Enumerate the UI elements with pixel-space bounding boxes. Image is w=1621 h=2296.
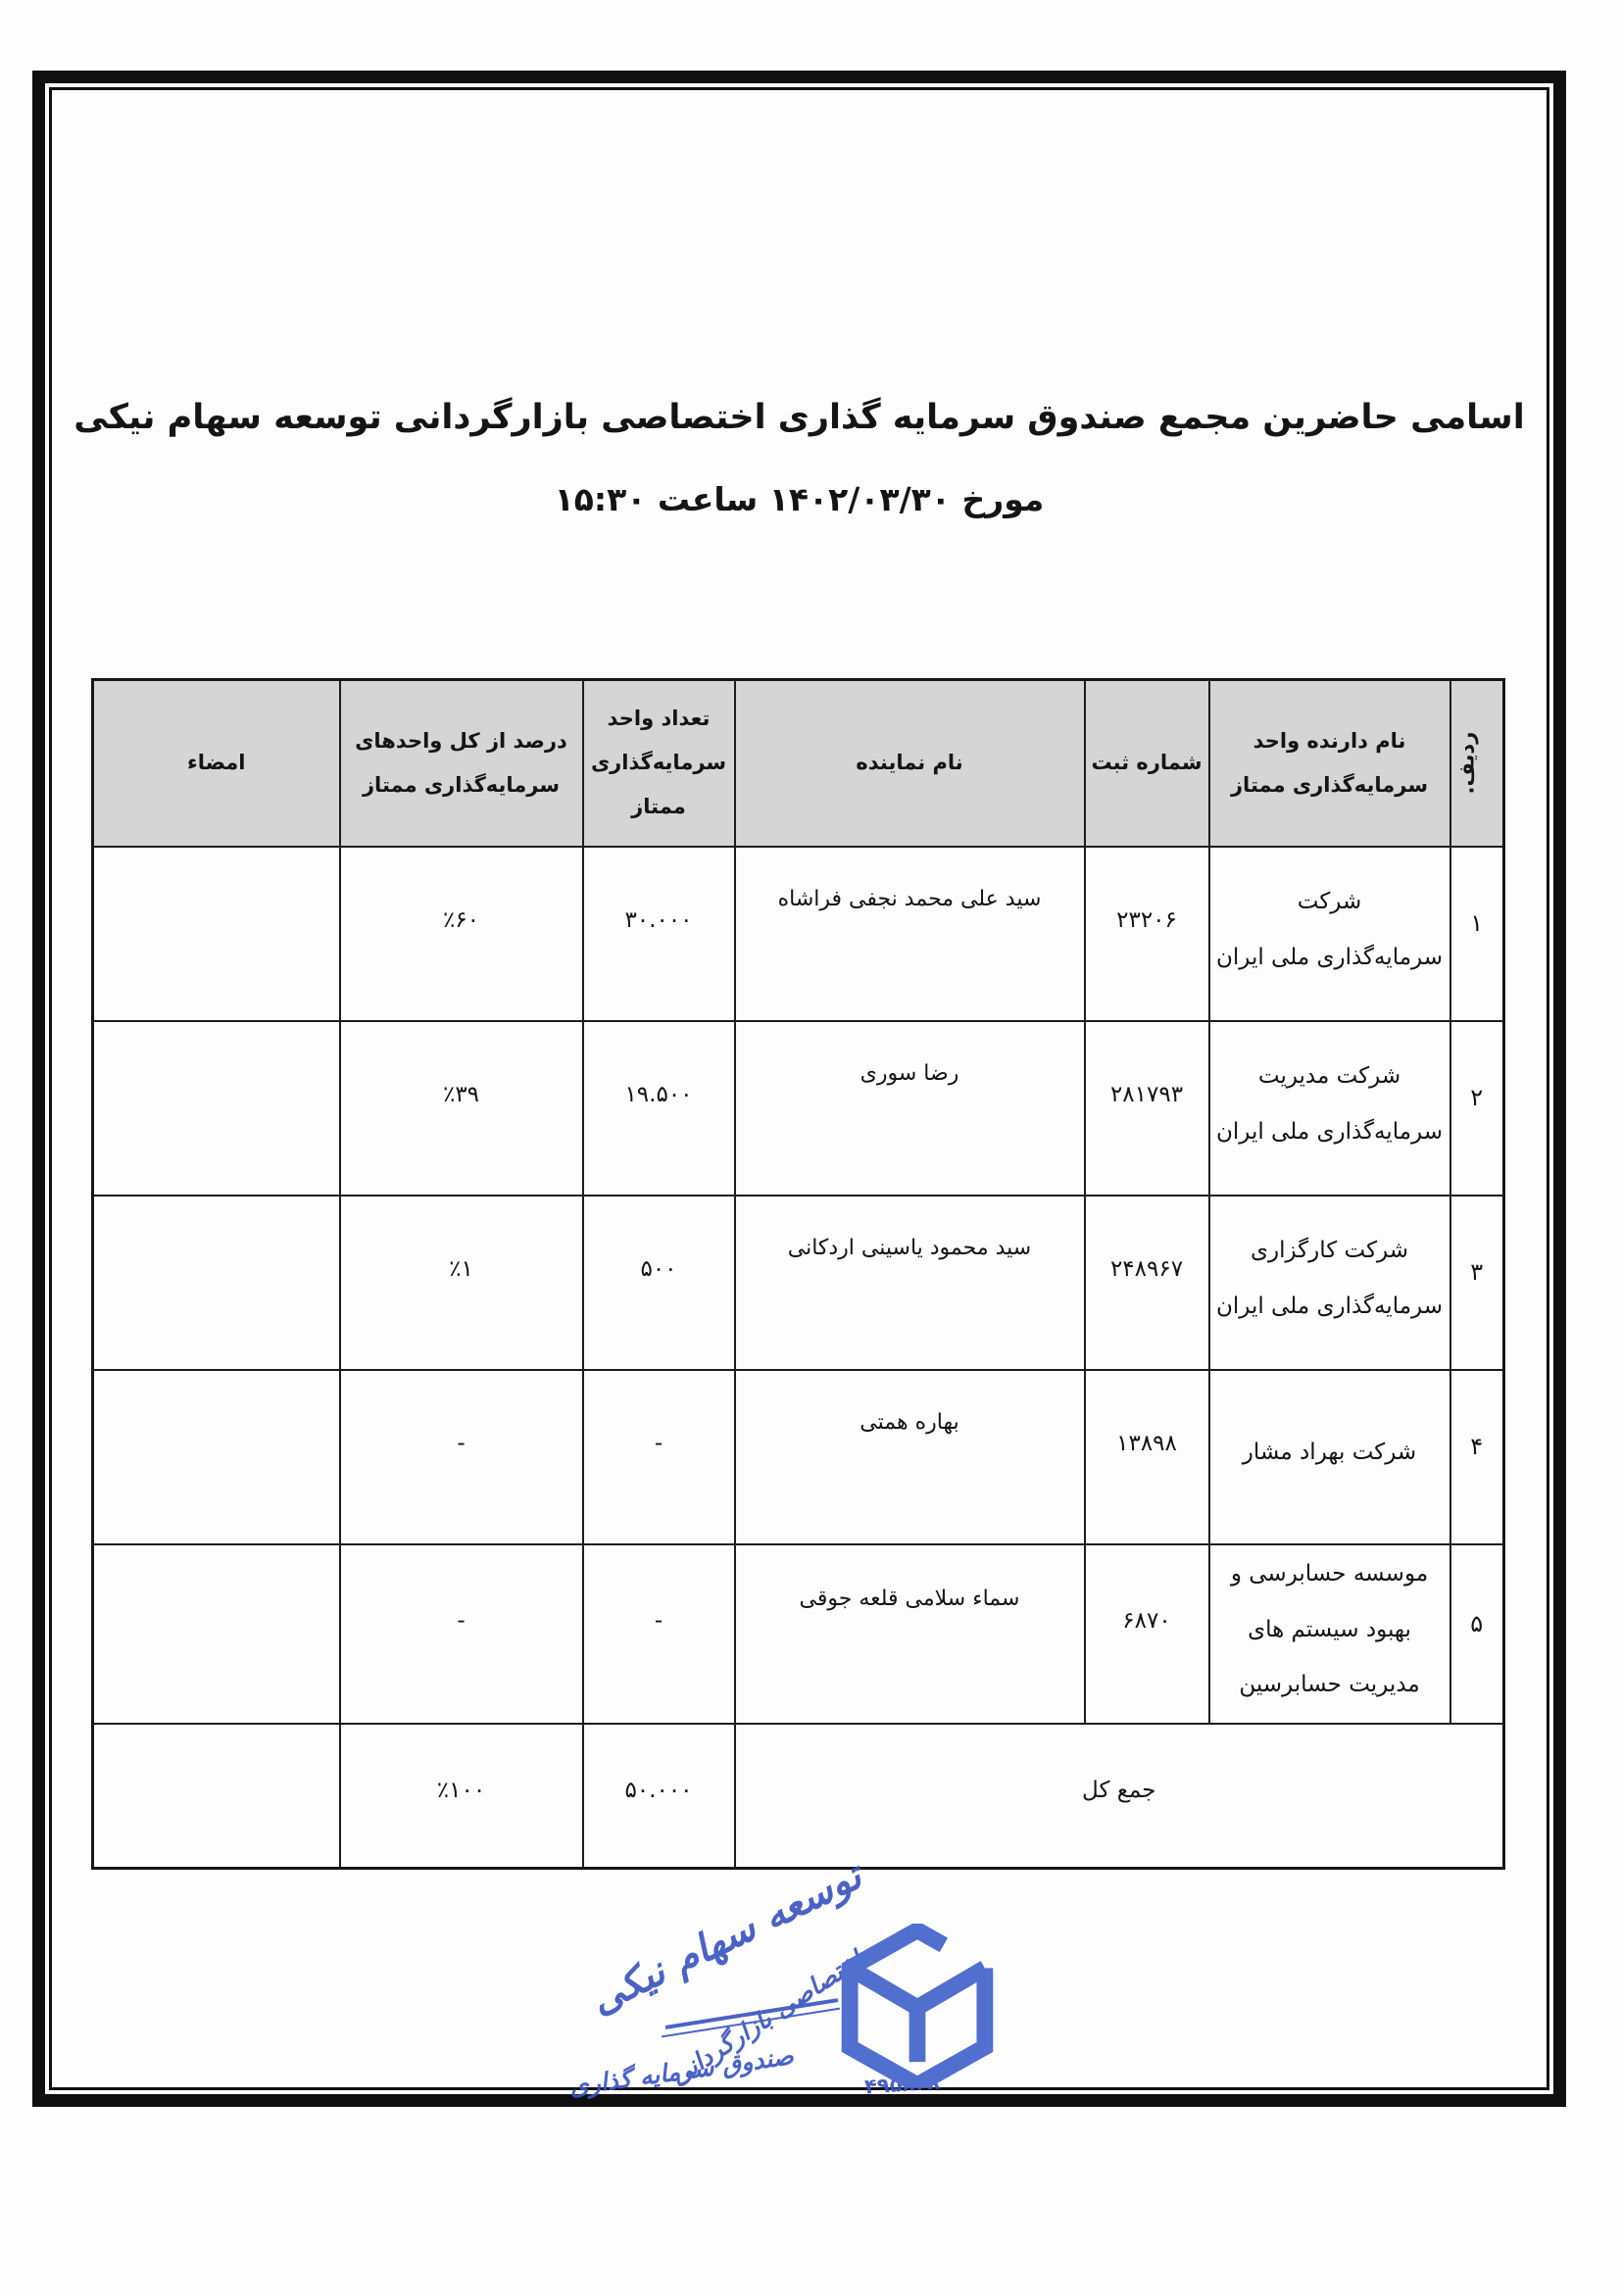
signature-cell: [93, 1196, 340, 1370]
row-number: ۱: [1450, 847, 1504, 1021]
table-row: ۵ موسسه حسابرسی و بهبود سیستم های مدیریت…: [93, 1544, 1504, 1724]
total-units: ۵۰.۰۰۰: [583, 1724, 735, 1869]
registration-number: ۲۴۸۹۶۷: [1085, 1196, 1209, 1370]
registration-number: ۶۸۷۰: [1085, 1544, 1209, 1724]
units-count: ۵۰۰: [583, 1196, 735, 1370]
attendees-table: ردیف. نام دارنده واحد سرمایه‌گذاری ممتاز…: [91, 678, 1505, 1870]
col-header-holder: نام دارنده واحد سرمایه‌گذاری ممتاز: [1209, 680, 1450, 847]
total-label: جمع کل: [735, 1724, 1504, 1869]
table-header-row: ردیف. نام دارنده واحد سرمایه‌گذاری ممتاز…: [93, 680, 1504, 847]
title-block: اسامی حاضرین مجمع صندوق سرمایه گذاری اخت…: [32, 398, 1566, 518]
table-total-row: جمع کل ۵۰.۰۰۰ ٪۱۰۰: [93, 1724, 1504, 1869]
registration-number: ۱۳۸۹۸: [1085, 1370, 1209, 1544]
col-header-signature: امضاء: [93, 680, 340, 847]
units-count: ۳۰.۰۰۰: [583, 847, 735, 1021]
registration-number: ۲۳۲۰۶: [1085, 847, 1209, 1021]
row-number: ۵: [1450, 1544, 1504, 1724]
percent-of-total: ٪۱: [340, 1196, 583, 1370]
col-header-row-number-label: ردیف.: [1450, 732, 1490, 795]
percent-of-total: -: [340, 1370, 583, 1544]
stamp-brand-text: توسعه سهام نیکی: [583, 1853, 868, 2023]
col-header-row-number: ردیف.: [1450, 680, 1504, 847]
scanned-document-page: اسامی حاضرین مجمع صندوق سرمایه گذاری اخت…: [0, 0, 1621, 2296]
percent-of-total: ٪۳۹: [340, 1021, 583, 1196]
stamp-fund-name-text: صندوق سرمایه گذاری: [567, 2041, 795, 2101]
signature-cell: [93, 1724, 340, 1869]
table-row: ۲ شرکت مدیریت سرمایه‌گذاری ملی ایران ۲۸۱…: [93, 1021, 1504, 1196]
col-header-representative: نام نماینده: [735, 680, 1085, 847]
percent-of-total: ٪۶۰: [340, 847, 583, 1021]
units-count: -: [583, 1544, 735, 1724]
representative-name: سید علی محمد نجفی فراشاه: [735, 847, 1085, 1021]
document-date-line: مورخ ۱۴۰۲/۰۳/۳۰ ساعت ۱۵:۳۰: [32, 480, 1566, 518]
row-number: ۲: [1450, 1021, 1504, 1196]
table-row: ۱ شرکت سرمایه‌گذاری ملی ایران ۲۳۲۰۶ سید …: [93, 847, 1504, 1021]
registration-number: ۲۸۱۷۹۳: [1085, 1021, 1209, 1196]
col-header-percent: درصد از کل واحدهای سرمایه‌گذاری ممتاز: [340, 680, 583, 847]
units-count: ۱۹.۵۰۰: [583, 1021, 735, 1196]
holder-name: شرکت مدیریت سرمایه‌گذاری ملی ایران: [1209, 1021, 1450, 1196]
percent-of-total: -: [340, 1544, 583, 1724]
representative-name: بهاره همتی: [735, 1370, 1085, 1544]
col-header-units: تعداد واحد سرمایه‌گذاری ممتاز: [583, 680, 735, 847]
signature-cell: [93, 847, 340, 1021]
units-count: -: [583, 1370, 735, 1544]
representative-name: سماء سلامی قلعه جوقی: [735, 1544, 1085, 1724]
cube-logo-icon: [835, 1924, 1000, 2092]
holder-name: شرکت سرمایه‌گذاری ملی ایران: [1209, 847, 1450, 1021]
total-percent: ٪۱۰۰: [340, 1724, 583, 1869]
table-row: ۳ شرکت کارگزاری سرمایه‌گذاری ملی ایران ۲…: [93, 1196, 1504, 1370]
signature-cell: [93, 1021, 340, 1196]
representative-name: رضا سوری: [735, 1021, 1085, 1196]
col-header-registration-number: شماره ثبت: [1085, 680, 1209, 847]
holder-name: موسسه حسابرسی و بهبود سیستم های مدیریت ح…: [1209, 1544, 1450, 1724]
signature-cell: [93, 1370, 340, 1544]
signature-cell: [93, 1544, 340, 1724]
holder-name: شرکت کارگزاری سرمایه‌گذاری ملی ایران: [1209, 1196, 1450, 1370]
row-number: ۳: [1450, 1196, 1504, 1370]
table-row: ۴ شرکت بهراد مشار ۱۳۸۹۸ بهاره همتی - -: [93, 1370, 1504, 1544]
company-stamp: توسعه سهام نیکی اختصاصی بازارگردانی صندو…: [549, 1865, 1098, 2125]
holder-name: شرکت بهراد مشار: [1209, 1370, 1450, 1544]
representative-name: سید محمود یاسینی اردکانی: [735, 1196, 1085, 1370]
document-title: اسامی حاضرین مجمع صندوق سرمایه گذاری اخت…: [32, 398, 1566, 437]
row-number: ۴: [1450, 1370, 1504, 1544]
